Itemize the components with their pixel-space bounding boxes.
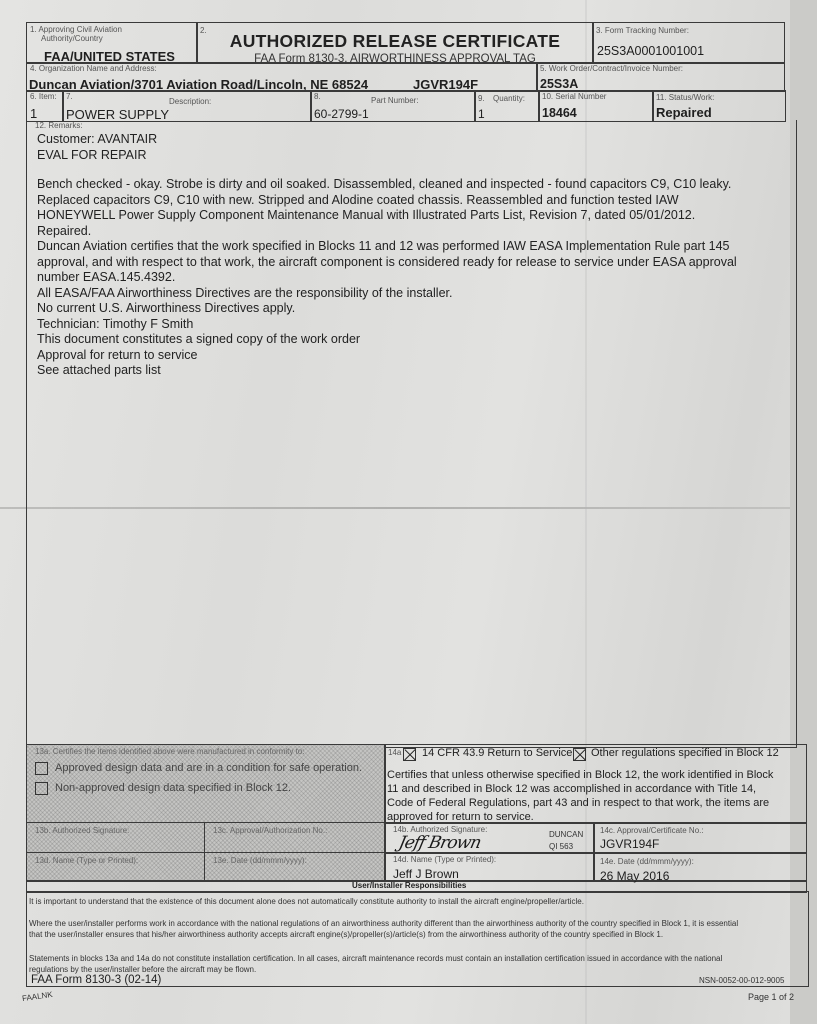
block-14e-date: 14e. Date (dd/mmm/yyyy): 26 May 2016 [593, 852, 807, 882]
responsibilities-body: It is important to understand that the e… [26, 891, 809, 987]
remarks-line: HONEYWELL Power Supply Component Mainten… [37, 208, 737, 224]
statement-line: Certifies that unless otherwise specifie… [387, 768, 773, 782]
block-13e-label: 13e. Date (dd/mmm/yyyy): [213, 856, 307, 865]
remarks-line: Approval for return to service [37, 348, 737, 364]
stamp-line-1: DUNCAN [549, 830, 583, 839]
form-title: AUTHORIZED RELEASE CERTIFICATE [197, 31, 593, 52]
block-13d-name: 13d. Name (Type or Printed): [26, 852, 206, 882]
remarks-line: Duncan Aviation certifies that the work … [37, 239, 737, 255]
approved-design-data-checkbox[interactable] [35, 762, 48, 775]
block-3-tracking-number: 3. Form Tracking Number: 25S3A0001001001 [592, 22, 785, 64]
block-5-work-order: 5. Work Order/Contract/Invoice Number: 2… [536, 62, 785, 92]
block-14c-certificate-number: 14c. Approval/Certificate No.: JGVR194F [593, 822, 807, 854]
block-14d-value: Jeff J Brown [393, 867, 459, 881]
remarks-body-lines: Bench checked - okay. Strobe is dirty an… [37, 177, 737, 379]
block-12-label: 12. Remarks: [35, 121, 83, 130]
block-12-remarks: 12. Remarks: Customer: AVANTAIR EVAL FOR… [26, 120, 797, 748]
block-9-label: Quantity: [493, 94, 525, 103]
non-approved-design-data-checkbox[interactable] [35, 782, 48, 795]
responsibilities-para-3-line-1: Statements in blocks 13a and 14a do not … [29, 954, 722, 963]
block-3-value: 25S3A0001001001 [597, 44, 704, 58]
block-9-value: 1 [478, 107, 485, 121]
remarks-line: No current U.S. Airworthiness Directives… [37, 301, 737, 317]
block-10-label: 10. Serial Number [542, 92, 606, 101]
block-7-label: Description: [169, 97, 211, 106]
remarks-line: Replaced capacitors C9, C10 with new. St… [37, 193, 737, 209]
remarks-line: All EASA/FAA Airworthiness Directives ar… [37, 286, 737, 302]
remarks-line: Repaired. [37, 224, 737, 240]
remarks-line: This document constitutes a signed copy … [37, 332, 737, 348]
block-8-number: 8. [314, 92, 321, 101]
remarks-line: approval, and with respect to that work,… [37, 255, 737, 271]
block-7-description: 7. Description: POWER SUPPLY [62, 90, 312, 122]
remarks-line: Technician: Timothy F Smith [37, 317, 737, 333]
responsibilities-heading: User/Installer Responsibilities [352, 881, 466, 890]
block-8-label: Part Number: [371, 96, 419, 105]
block-5-value: 25S3A [540, 77, 578, 91]
stamp-line-2: QI 563 [549, 842, 573, 851]
block-7-number: 7. [66, 92, 73, 101]
remarks-line: Customer: AVANTAIR [37, 132, 157, 148]
block-4-label: 4. Organization Name and Address: [30, 64, 157, 73]
statement-line: Code of Federal Regulations, part 43 and… [387, 796, 773, 810]
nsn-number: NSN-0052-00-012-9005 [699, 976, 784, 985]
block-13a-label: 13a. Certifies the items identified abov… [35, 747, 304, 756]
block-2-title: 2. AUTHORIZED RELEASE CERTIFICATE FAA Fo… [196, 22, 594, 64]
block-1-label-2: Authority/Country [41, 34, 103, 43]
remarks-header-lines: Customer: AVANTAIR EVAL FOR REPAIR [37, 132, 157, 163]
authorized-signature: Jeff Brown [397, 833, 482, 853]
remarks-line: EVAL FOR REPAIR [37, 148, 157, 164]
remarks-line: Bench checked - okay. Strobe is dirty an… [37, 177, 737, 193]
form-identifier: FAA Form 8130-3 (02-14) [31, 974, 161, 986]
non-approved-design-data-label: Non-approved design data specified in Bl… [55, 782, 291, 794]
block-13b-label: 13b. Authorized Signature: [35, 826, 129, 835]
block-6-item: 6. Item: 1 [26, 90, 64, 122]
block-1-approving-authority: 1. Approving Civil Aviation Authority/Co… [26, 22, 198, 64]
block-11-status-work: 11. Status/Work: Repaired [652, 90, 786, 122]
cfr-43-9-checkbox[interactable] [403, 748, 416, 761]
block-4-organization: 4. Organization Name and Address: Duncan… [26, 62, 538, 92]
block-9-quantity: 9. Quantity: 1 [474, 90, 540, 122]
responsibilities-para-2-line-1: Where the user/installer performs work i… [29, 919, 738, 928]
block-13e-date: 13e. Date (dd/mmm/yyyy): [204, 852, 386, 882]
block-14b-authorized-signature: 14b. Authorized Signature: Jeff Brown DU… [384, 822, 595, 854]
block-14c-value: JGVR194F [600, 837, 659, 851]
page-number: Page 1 of 2 [748, 992, 794, 1002]
block-13d-label: 13d. Name (Type or Printed): [35, 856, 138, 865]
block-14d-label: 14d. Name (Type or Printed): [393, 855, 496, 864]
approved-design-data-label: Approved design data and are in a condit… [55, 762, 362, 774]
block-10-serial-number: 10. Serial Number 18464 [538, 90, 654, 122]
block-11-value: Repaired [656, 105, 712, 120]
block-14c-label: 14c. Approval/Certificate No.: [600, 826, 704, 835]
remarks-line: number EASA.145.4392. [37, 270, 737, 286]
other-regulations-checkbox[interactable] [573, 748, 586, 761]
responsibilities-para-2-line-2: that the user/installer ensures that his… [29, 930, 663, 939]
responsibilities-para-3-line-2: regulations by the user/installer before… [29, 965, 256, 974]
block-8-part-number: 8. Part Number: 60-2799-1 [310, 90, 476, 122]
block-13b-authorized-signature: 13b. Authorized Signature: [26, 822, 206, 854]
responsibilities-para-1: It is important to understand that the e… [29, 897, 584, 906]
authorized-release-certificate-form: 1. Approving Civil Aviation Authority/Co… [26, 22, 810, 992]
block-13c-label: 13c. Approval/Authorization No.: [213, 826, 327, 835]
block-3-label: 3. Form Tracking Number: [596, 26, 689, 35]
block-13c-approval-number: 13c. Approval/Authorization No.: [204, 822, 386, 854]
block-13a-conformity: 13a. Certifies the items identified abov… [26, 744, 386, 824]
block-14a-number: 14a [388, 748, 401, 757]
block-14a-return-to-service: 14a 14 CFR 43.9 Return to Service Other … [384, 744, 807, 824]
block-8-value: 60-2799-1 [314, 107, 369, 121]
other-regulations-label: Other regulations specified in Block 12 [591, 747, 779, 759]
block-14a-statement: Certifies that unless otherwise specifie… [387, 768, 773, 824]
block-6-value: 1 [30, 106, 37, 121]
block-14e-label: 14e. Date (dd/mmm/yyyy): [600, 857, 694, 866]
block-6-label: 6. Item: [30, 92, 57, 101]
block-1-label: 1. Approving Civil Aviation [30, 25, 122, 34]
block-10-value: 18464 [542, 106, 577, 120]
block-9-number: 9. [478, 94, 485, 103]
block-5-label: 5. Work Order/Contract/Invoice Number: [540, 64, 683, 73]
cfr-43-9-label: 14 CFR 43.9 Return to Service [422, 747, 572, 759]
block-11-label: 11. Status/Work: [656, 93, 714, 102]
block-14d-name: 14d. Name (Type or Printed): Jeff J Brow… [384, 852, 595, 882]
remarks-line: See attached parts list [37, 363, 737, 379]
statement-line: 11 and described in Block 12 was accompl… [387, 782, 773, 796]
